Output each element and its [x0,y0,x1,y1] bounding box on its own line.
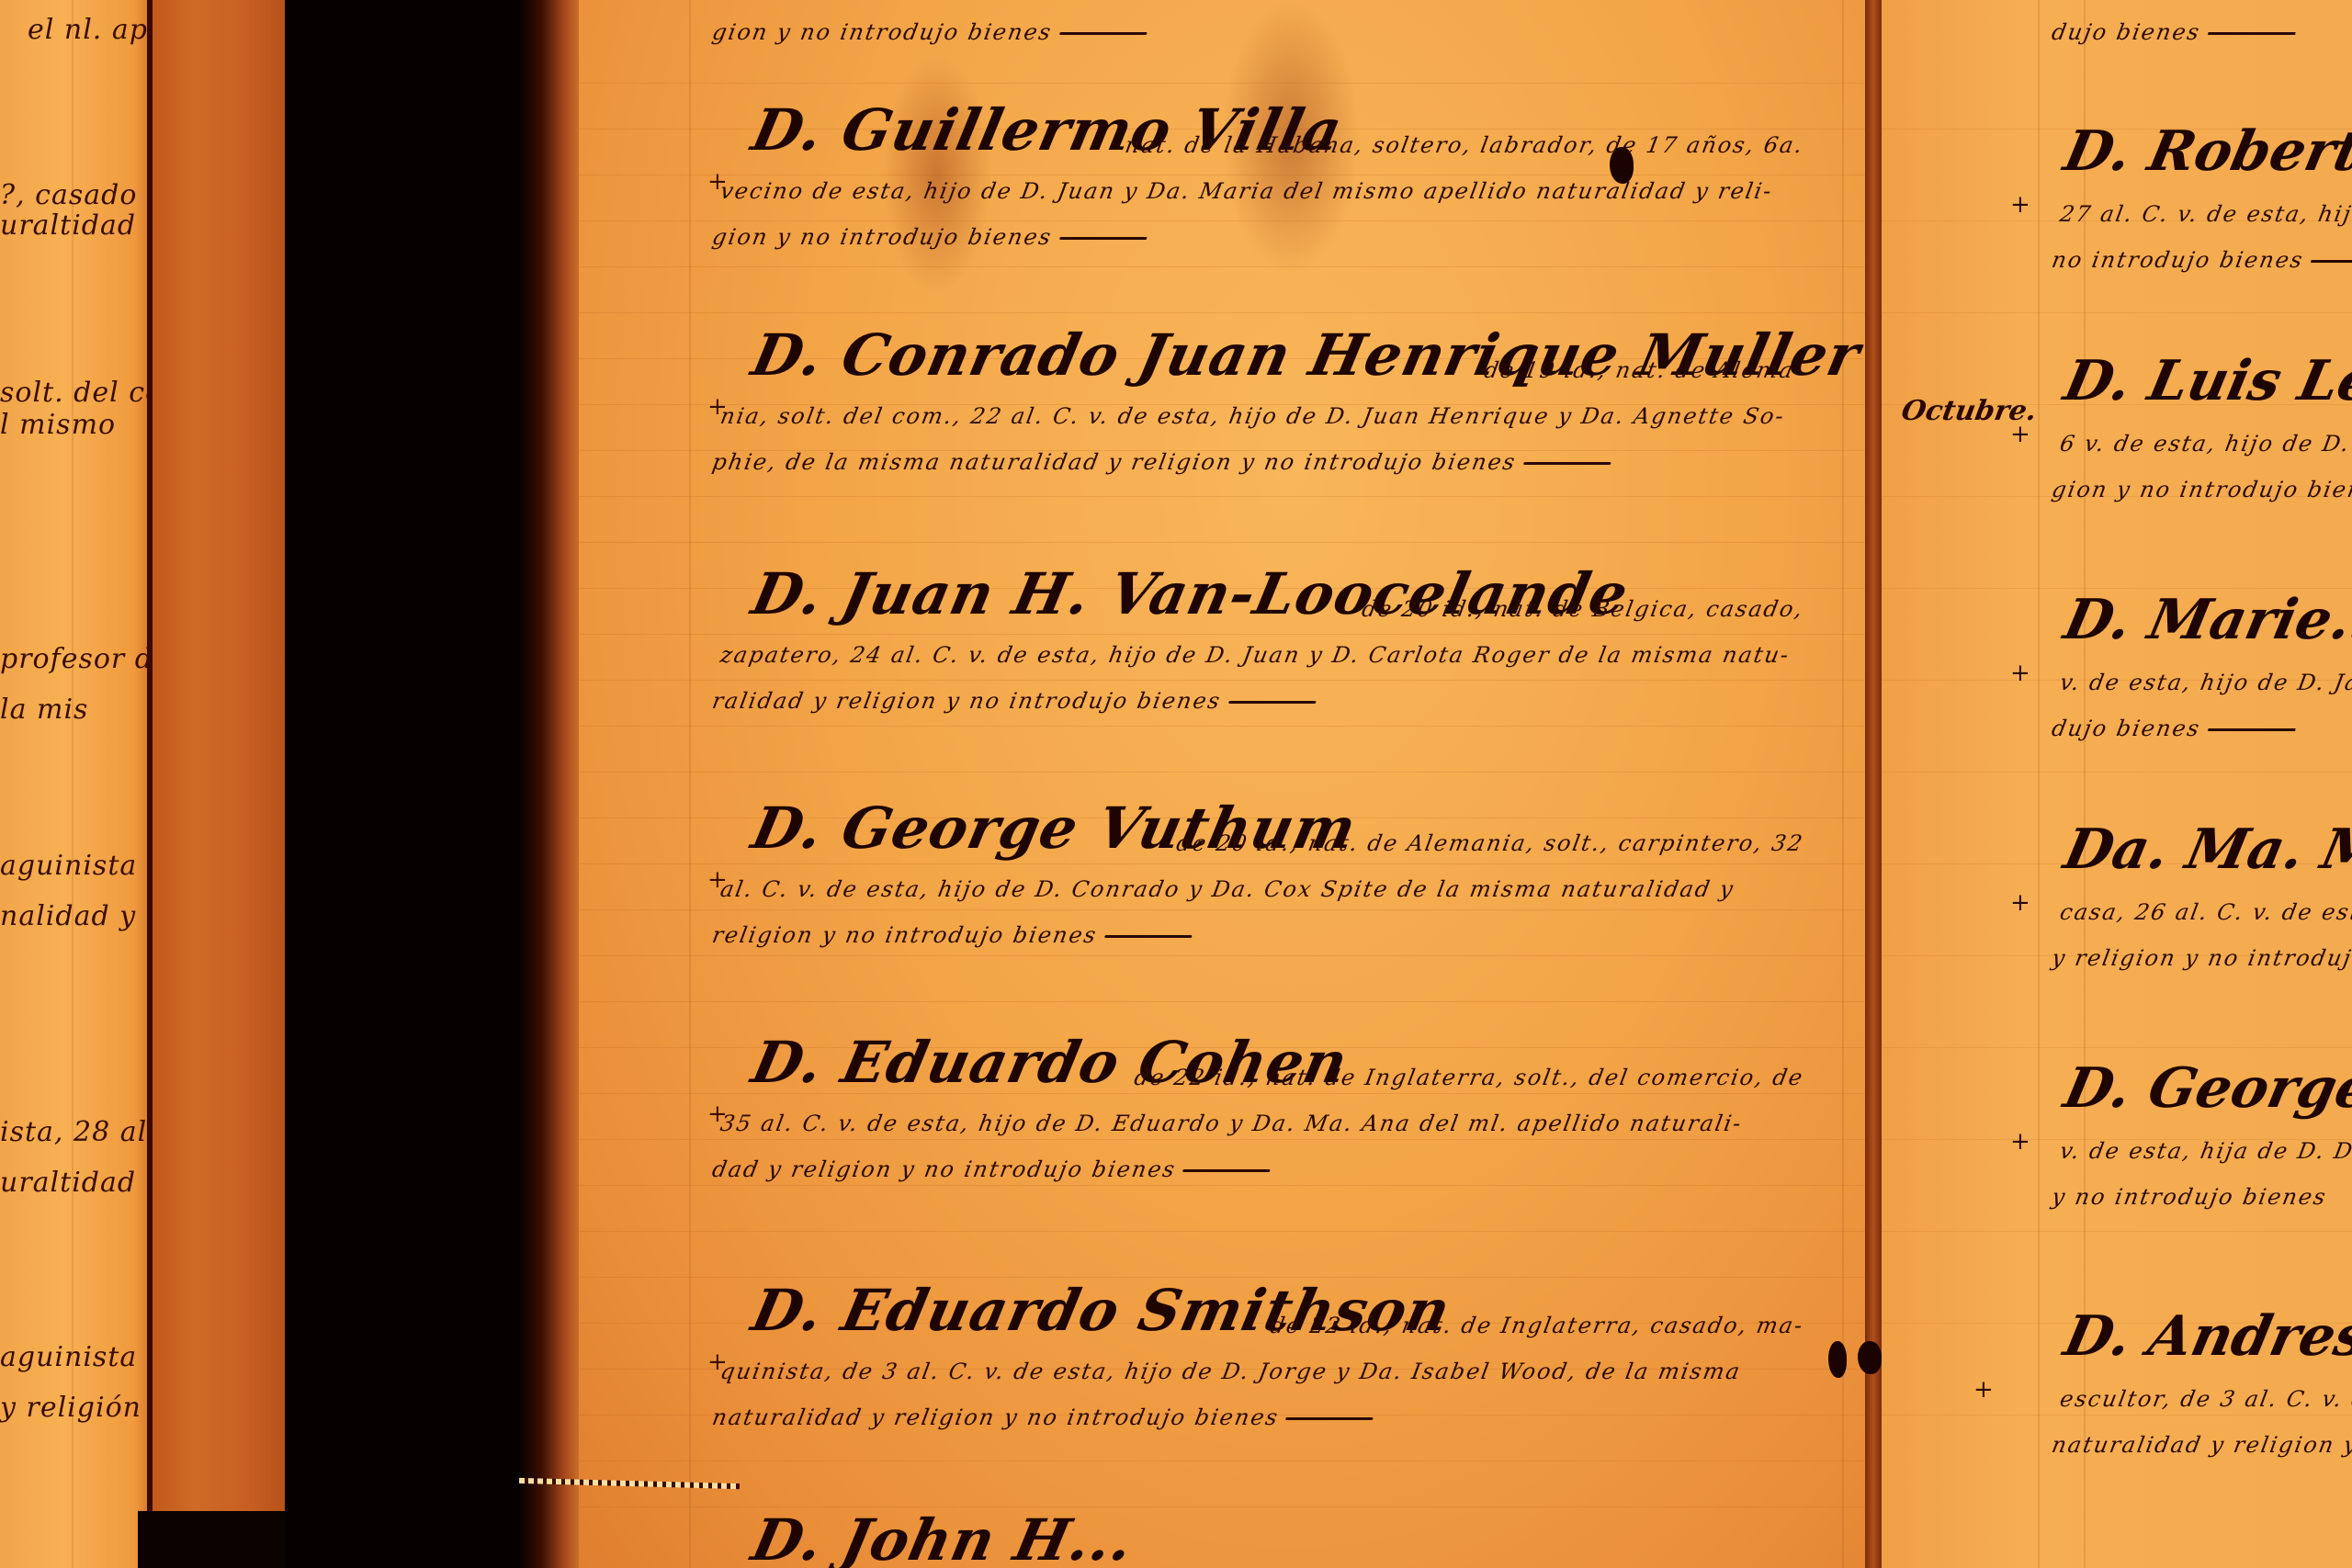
left-text-line: profesor de [0,643,171,675]
entry-name: D. Roberto [2059,119,2352,184]
book-edge-shadow [138,1511,294,1568]
entry-body: de 20 id., nat. de Belgica, casado, zapa… [708,632,1818,724]
left-text-line: uraltidad [0,1167,136,1199]
ink-blot [1828,1341,1847,1378]
month-margin-label: Octubre. [1899,395,2040,427]
entry-name: D. Marie... [2059,588,2352,652]
margin-mark: + [2010,660,2030,687]
left-text-line: aguinista [0,850,137,882]
margin-mark: + [1973,1376,1994,1404]
entry-body: v. de esta, hija de D. Davi... y no intr… [2048,1128,2352,1220]
margin-mark: + [2010,191,2030,219]
entry-name: Da. Ma. Me... [2059,818,2352,882]
left-page-fragment: el nl. ape ?, casado uraltidad solt. del… [0,0,158,1568]
entry-body: casa, 26 al. C. v. de esta hi... y relig… [2048,889,2352,981]
left-text-line: ?, casado [0,179,137,211]
entry-body: de 22 id., nat. de Inglaterra, solt., de… [708,1100,1818,1192]
entry-body: 27 al. C. v. de esta, hijo de... no intr… [2048,191,2352,283]
entry-body: nat. de la Habana, soltero, labrador, de… [708,168,1818,260]
entry-name: D. Andres... [2059,1304,2352,1369]
entry-body: de 20 id., nat. de Alemania, solt., carp… [708,866,1818,958]
book-page-edges [147,0,290,1511]
left-text-line: l mismo [0,409,116,441]
entry-name: D. George M... [2059,1056,2352,1121]
left-text-line: y religión [0,1392,141,1424]
left-text-line: el nl. ape [28,14,165,46]
ink-blot [1858,1341,1882,1374]
gutter-shadow [519,0,583,1568]
entry-body: 6 v. de esta, hijo de D. ... gion y no i… [2048,421,2352,513]
right-ledger-page: C. v. de esta, hijo de D. Ju... dujo bie… [1882,0,2352,1568]
entry-name: D. Luis Le... [2059,349,2352,413]
fragment-line: gion y no introdujo bienes [710,19,1054,45]
main-ledger-page: ... naturalidad y reli- gion y no introd… [579,0,1874,1568]
entry-body: de 22 id., nat. de Inglaterra, casado, m… [708,1348,1818,1440]
entry-body: escultor, de 3 al. C. v. de esta... natu… [2048,1376,2352,1468]
left-text-line: uraltidad [0,209,136,242]
fragment-line: ... naturalidad y reli- [717,0,1818,9]
left-text-line: la mis [0,694,88,726]
margin-mark: + [2010,889,2030,917]
left-text-line: ista, 28 al. [0,1116,157,1148]
right-gutter [1865,0,1882,1568]
entry-body: v. de esta, hijo de D. Jacque... dujo bi… [2048,660,2352,751]
entry-body: de 19 id., nat. de Alema- nia, solt. del… [708,393,1818,485]
entry-name: D. John H... [746,1506,1139,1568]
margin-mark: + [2010,1128,2030,1156]
left-text-line: aguinista [0,1341,137,1373]
left-text-line: nalidad y [0,900,136,932]
book-gutter [285,0,537,1568]
